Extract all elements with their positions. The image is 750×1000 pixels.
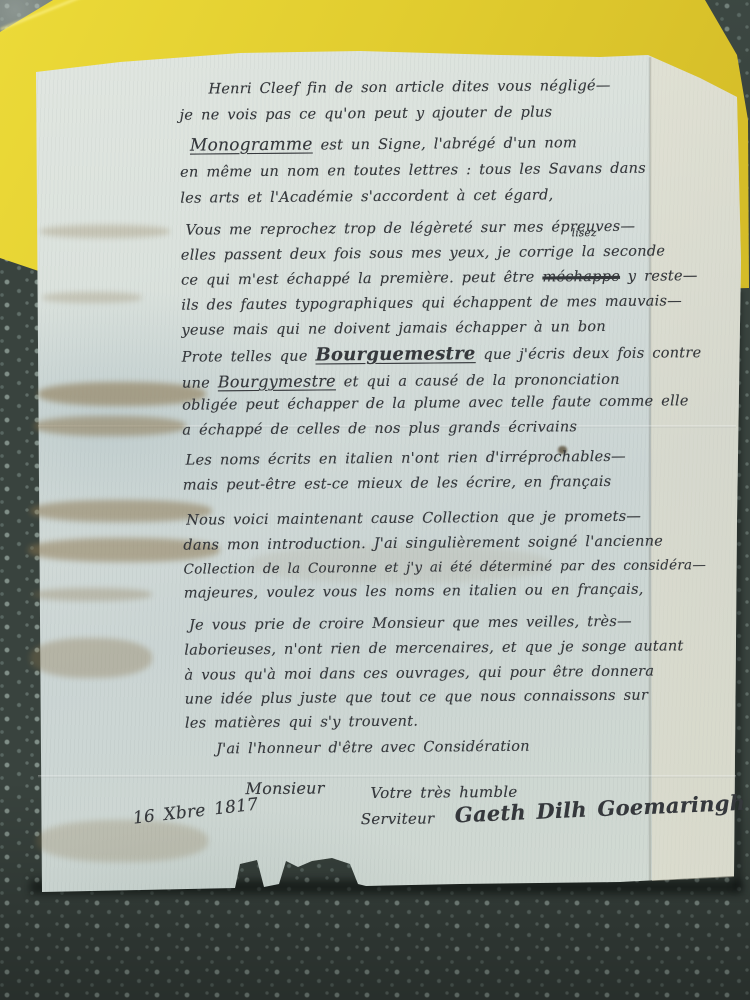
letter-line: elles passent deux fois sous mes yeux, j… (181, 243, 665, 263)
letter-text-segment: Nous voici maintenant cause Collection q… (186, 509, 641, 529)
letter-line: a échappé de celles de nos plus grands é… (182, 419, 577, 438)
letter-text-segment: Je vous prie de croire Monsieur que mes … (189, 614, 632, 634)
letter-text-segment: une idée plus juste que tout ce que nous… (185, 688, 649, 708)
letter-text-segment: je ne vois pas ce qu'on peut y ajouter d… (180, 104, 553, 123)
letter-line: yeuse mais qui ne doivent jamais échappe… (181, 319, 606, 339)
letter-line: 16 Xbre 1817 (132, 795, 259, 829)
letter-text-segment: Serviteur (361, 809, 435, 828)
letter-text-segment: ils des fautes typographiques qui échapp… (181, 293, 682, 313)
letter-text-segment: à vous qu'à moi dans ces ouvrages, qui p… (184, 664, 654, 684)
letter-text-segment: dans mon introduction. J'ai singulièreme… (183, 533, 663, 553)
letter-text-segment: Henri Cleef fin de son article dites vou… (208, 78, 610, 98)
letter-line: Collection de la Couronne et j'y ai été … (184, 557, 707, 578)
letter-line: Prote telles que Bourguemestre que j'écr… (182, 341, 702, 367)
letter-line: Monogramme est un Signe, l'abrégé d'un n… (190, 132, 577, 155)
letter-line: les arts et l'Académie s'accordent à cet… (180, 187, 553, 206)
letter-line: Je vous prie de croire Monsieur que mes … (189, 614, 632, 634)
letter-text-segment: lisez (572, 227, 597, 239)
letter-line: en même un nom en toutes lettres : tous … (180, 161, 646, 181)
letter-text-segment: 16 Xbre 1817 (132, 795, 259, 829)
letter-text-segment: une (182, 375, 218, 391)
letter-line: Les noms écrits en italien n'ont rien d'… (186, 449, 626, 469)
letter-text-segment: Les noms écrits en italien n'ont rien d'… (186, 449, 626, 469)
letter-text-segment: et qui a causé de la prononciation (336, 372, 620, 390)
letter-text-segment: J'ai l'honneur d'être avec Considération (216, 739, 530, 758)
letter-line: Vous me reprochez trop de légèreté sur m… (186, 219, 636, 239)
letter-line: dans mon introduction. J'ai singulièreme… (183, 533, 663, 553)
letter-text-segment: Bourguemestre (315, 343, 475, 365)
letter-line: ce qui m'est échappé la première. peut ê… (181, 268, 698, 289)
letter-text-segment: majeures, voulez vous les noms en italie… (184, 582, 644, 602)
letter-text-segment: ce qui m'est échappé la première. peut ê… (181, 270, 543, 289)
letter-text-segment: laborieuses, n'ont rien de mercenaires, … (184, 638, 683, 658)
letter-text-segment: méchappe (542, 269, 620, 286)
letter-line: ils des fautes typographiques qui échapp… (181, 293, 682, 313)
letter-text-segment: Collection de la Couronne et j'y ai été … (184, 557, 707, 578)
letter-line: lisez (572, 227, 597, 239)
letter-line: les matières qui s'y trouvent. (185, 714, 418, 732)
letter-text-segment: Bourgymestre (218, 371, 336, 391)
letter-text-segment: Monogramme (190, 135, 313, 156)
letter-text-segment: est un Signe, l'abrégé d'un nom (313, 135, 577, 153)
letter-line: je ne vois pas ce qu'on peut y ajouter d… (180, 104, 553, 123)
letter-text-segment: les matières qui s'y trouvent. (185, 714, 418, 732)
letter-line: une idée plus juste que tout ce que nous… (185, 688, 649, 708)
letter-line: laborieuses, n'ont rien de mercenaires, … (184, 638, 683, 658)
letter-text-segment: Prote telles que (182, 349, 316, 366)
letter-text-segment: en même un nom en toutes lettres : tous … (180, 161, 646, 181)
letter-text-segment: obligée peut échapper de la plume avec t… (182, 393, 689, 413)
letter-text-segment: mais peut-être est-ce mieux de les écrir… (183, 474, 612, 494)
letter-text-segment: les arts et l'Académie s'accordent à cet… (180, 187, 553, 206)
letter-text-segment: y reste— (620, 268, 698, 285)
letter-text-segment: que j'écris deux fois contre (476, 345, 702, 363)
letter-line: mais peut-être est-ce mieux de les écrir… (183, 474, 612, 494)
letter-line: Serviteur (361, 809, 435, 828)
letter-text-segment: a échappé de celles de nos plus grands é… (182, 419, 577, 438)
letter-text-segment: Votre très humble (370, 783, 517, 802)
letter-text-segment: elles passent deux fois sous mes yeux, j… (181, 243, 665, 263)
letter-text-segment: yeuse mais qui ne doivent jamais échappe… (181, 319, 606, 339)
photo-of-letter: Henri Cleef fin de son article dites vou… (0, 0, 750, 1000)
letter-text-layer: Henri Cleef fin de son article dites vou… (0, 0, 750, 1000)
letter-line: une Bourgymestre et qui a causé de la pr… (182, 369, 620, 392)
letter-line: Henri Cleef fin de son article dites vou… (208, 78, 610, 98)
letter-line: à vous qu'à moi dans ces ouvrages, qui p… (184, 664, 654, 684)
letter-line: majeures, voulez vous les noms en italie… (184, 582, 644, 602)
letter-line: obligée peut échapper de la plume avec t… (182, 393, 689, 413)
letter-line: J'ai l'honneur d'être avec Considération (216, 739, 530, 758)
letter-line: Nous voici maintenant cause Collection q… (186, 509, 641, 529)
letter-text-segment: Vous me reprochez trop de légèreté sur m… (186, 219, 636, 239)
letter-line: Votre très humble (370, 783, 517, 802)
